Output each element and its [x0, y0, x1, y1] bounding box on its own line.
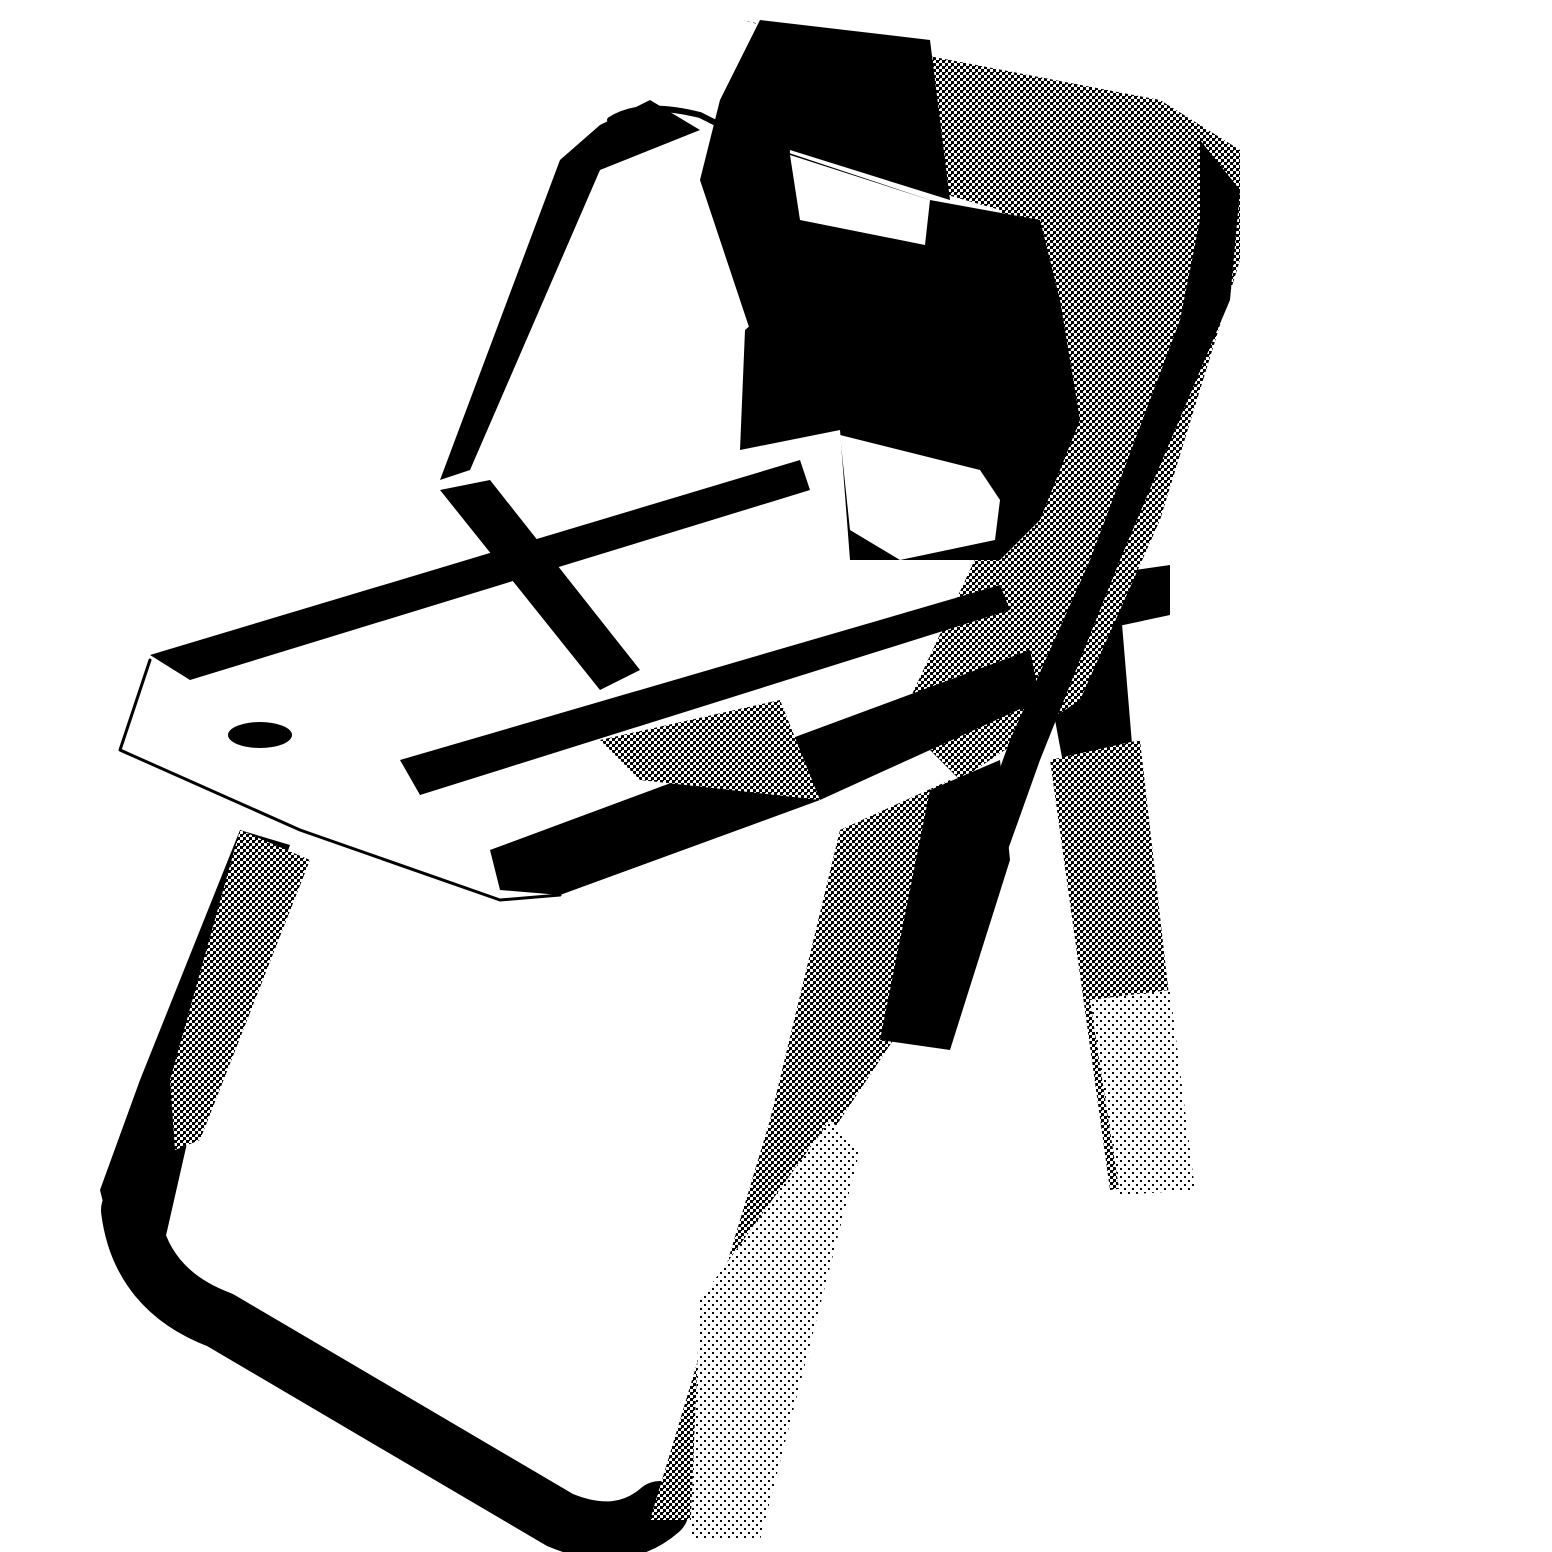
high-chair-photo — [0, 0, 1552, 1552]
